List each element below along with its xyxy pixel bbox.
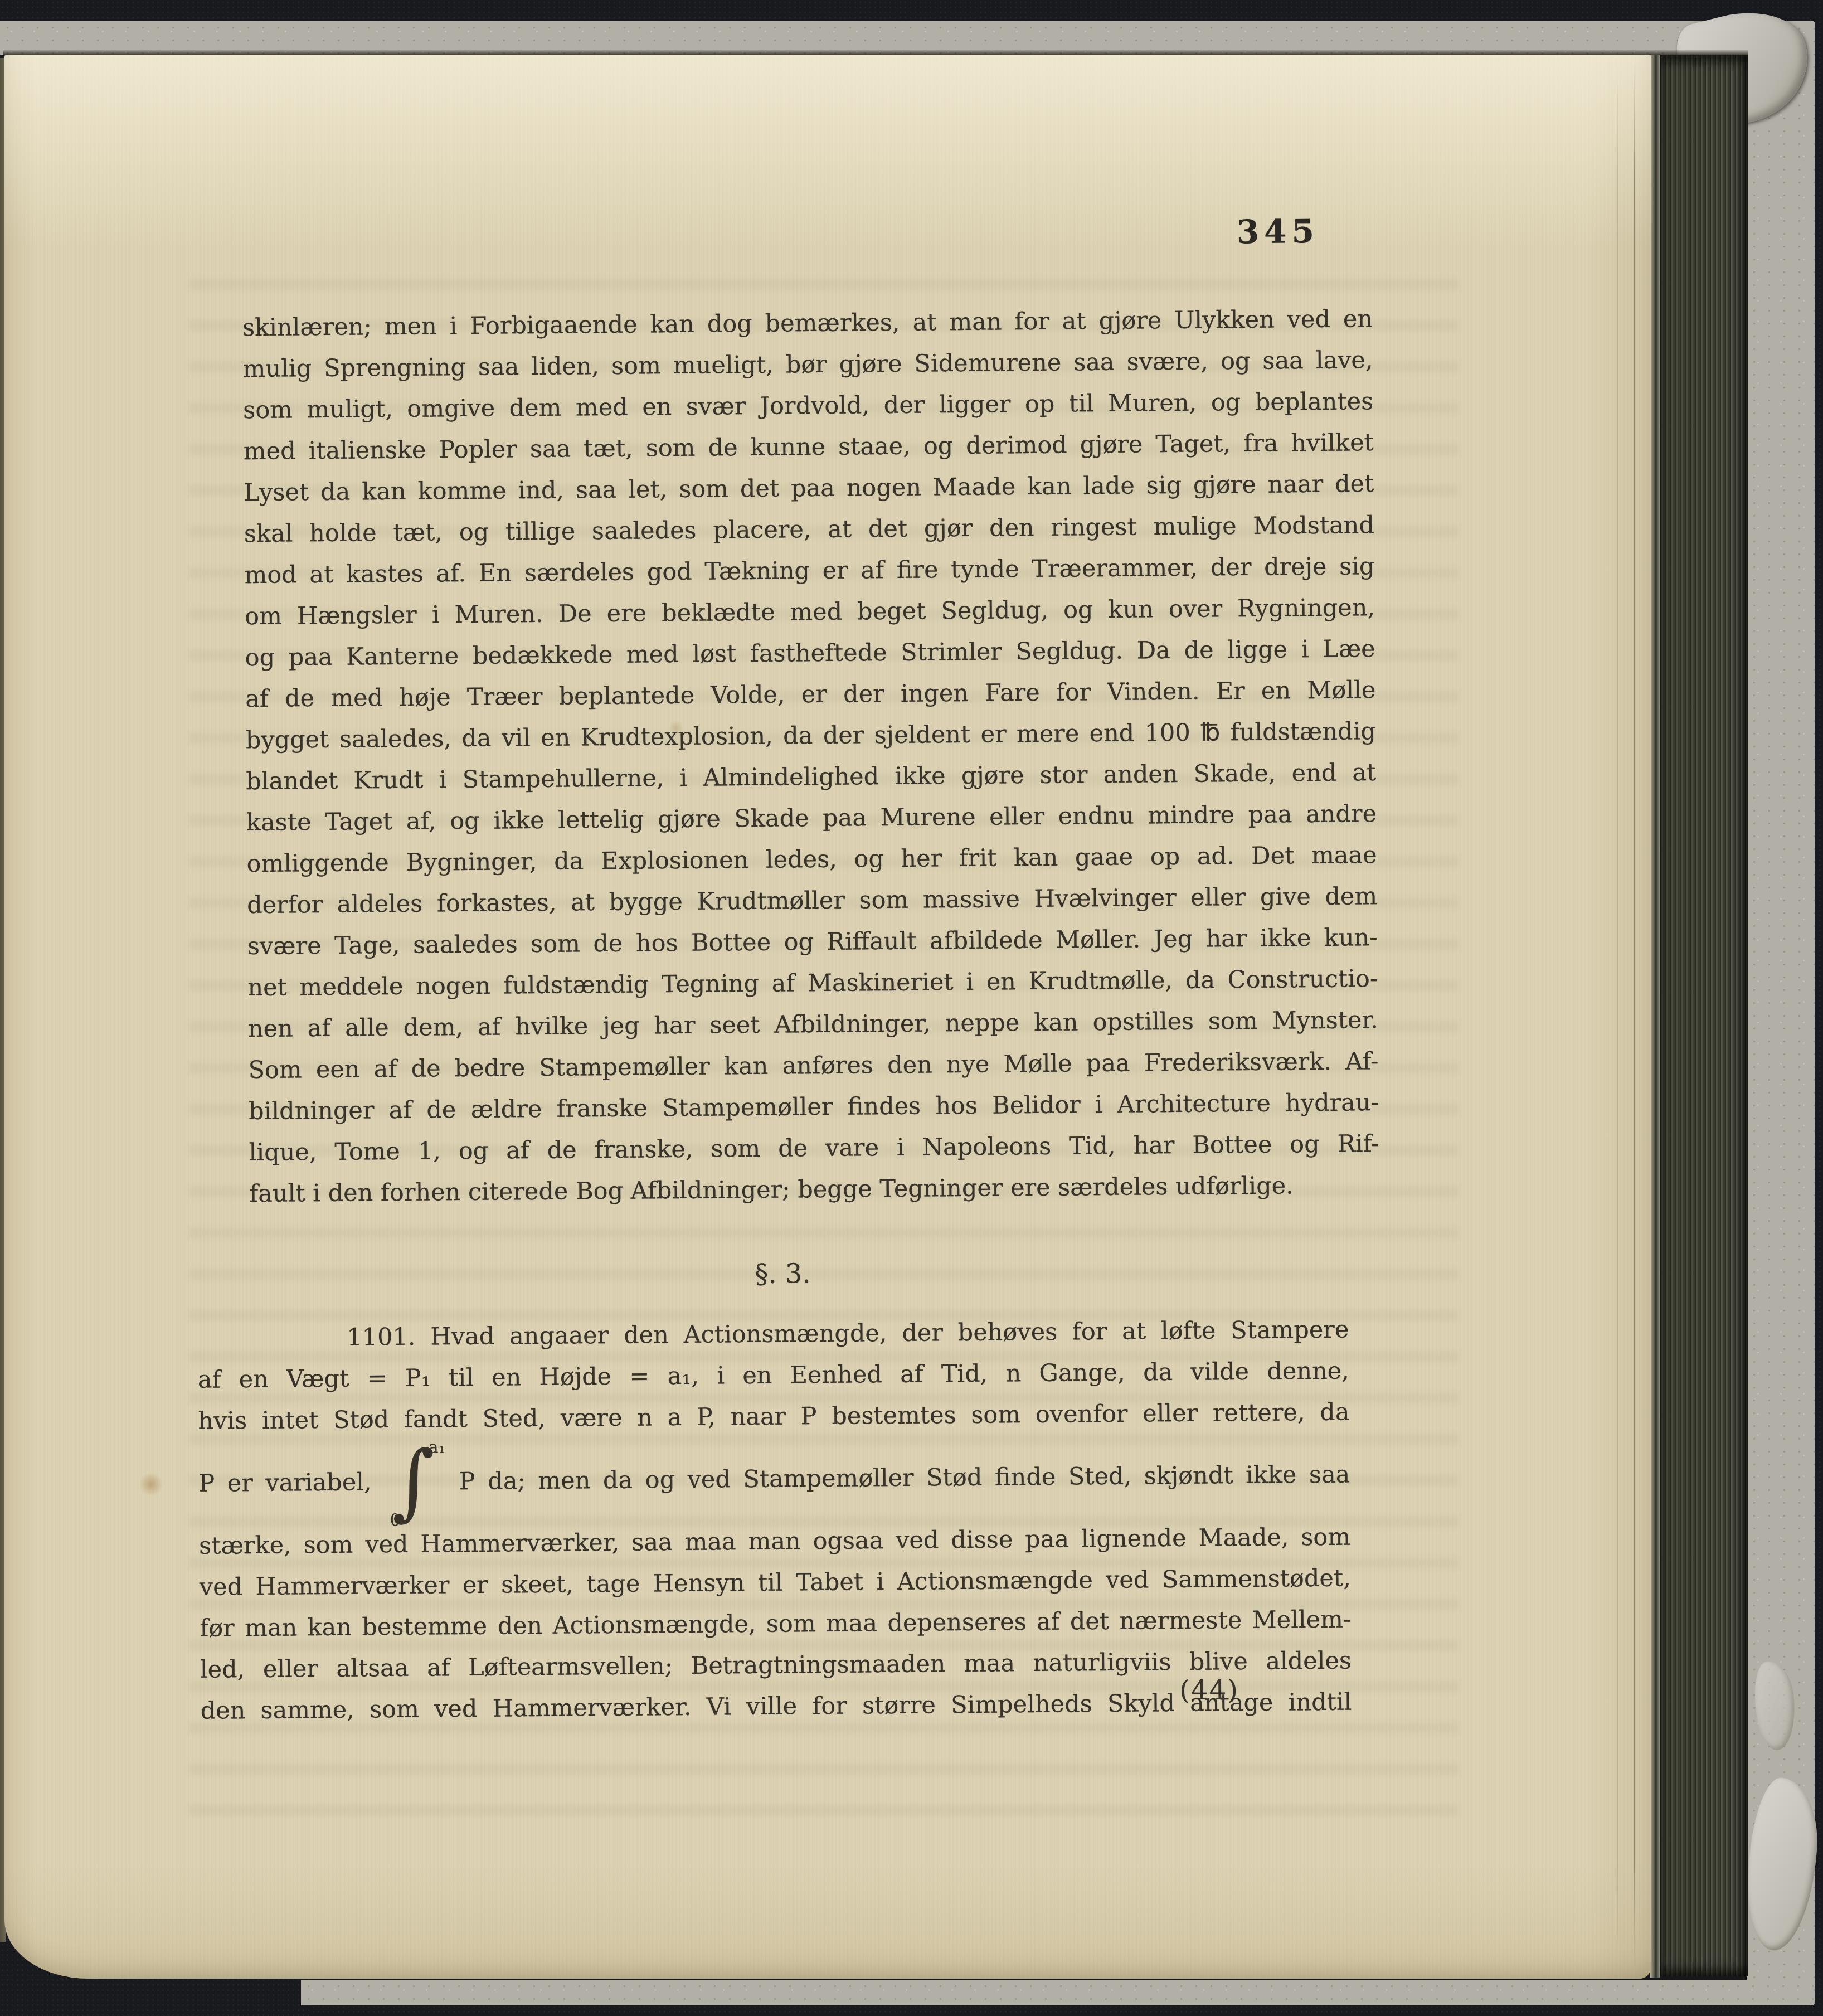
section-heading: §. 3. xyxy=(217,1245,1348,1304)
book-fore-edge xyxy=(1660,55,1748,1976)
formula-integrand: P da; xyxy=(459,1467,526,1495)
background-cloth-top xyxy=(0,0,1823,22)
text-line: fault i den forhen citerede Bog Afbildni… xyxy=(249,1164,1380,1215)
page-content: 345 skinlæren; men i Forbigaaende kan do… xyxy=(0,48,1658,1985)
cover-board-bottom-edge xyxy=(301,1980,1814,2005)
integral-formula-line: P er variabel, a₁ ∫ 0 P da; men da og ve… xyxy=(198,1433,1350,1526)
formula-continuation: men da og ved Stampemøller Stød finde St… xyxy=(538,1461,1350,1495)
integral-symbol: a₁ ∫ 0 xyxy=(384,1441,447,1526)
signature-mark: (44) xyxy=(1179,1674,1239,1706)
paragraph-1101: 1101. Hvad angaaer den Actionsmængde, de… xyxy=(197,1309,1352,1732)
formula-prefix: P er variabel, xyxy=(198,1468,372,1497)
book-scan: { "page": { "number": "345", "signature_… xyxy=(0,0,1823,2016)
integral-lower-limit: 0 xyxy=(390,1512,401,1529)
body-paragraph: skinlæren; men i Forbigaaende kan dog be… xyxy=(242,298,1380,1215)
book-page: 345 skinlæren; men i Forbigaaende kan do… xyxy=(4,55,1651,1979)
page-number: 345 xyxy=(1237,212,1320,251)
